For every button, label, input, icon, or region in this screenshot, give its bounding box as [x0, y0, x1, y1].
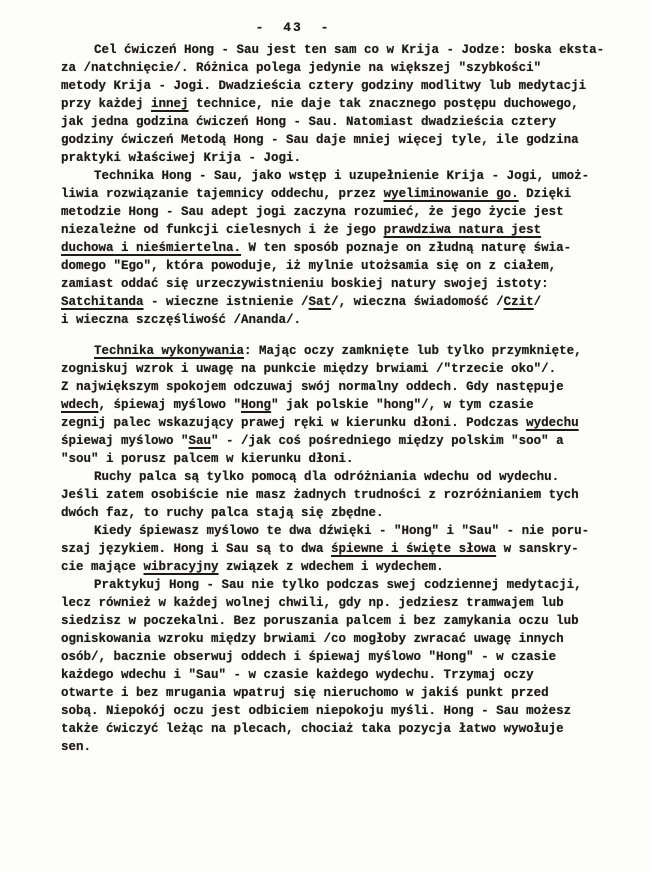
text-line: godziny ćwiczeń Metodą Hong - Sau daje m… [61, 131, 595, 149]
text-line: Satchitanda - wieczne istnienie /Sat/, w… [61, 293, 595, 311]
text-line: niezależne od funkcji cielesnych i że je… [61, 221, 595, 239]
text-segment: szaj językiem. Hong i Sau są to dwa [61, 542, 331, 556]
text-segment: za /natchnięcie/. Różnica polega jedynie… [61, 61, 541, 75]
text-segment: śpiewaj myślowo " [61, 434, 189, 448]
text-line: lecz również w każdej wolnej chwili, gdy… [61, 594, 595, 612]
text-segment: metodzie Hong - Sau adept jogi zaczyna r… [61, 205, 564, 219]
underlined-text: Technika wykonywania [94, 344, 244, 358]
text-segment: "sou" i porusz palcem w kierunku dłoni. [61, 452, 354, 466]
text-segment: ogniskowania wzroku między brwiami /co m… [61, 632, 564, 646]
text-segment: w sanskry- [496, 542, 579, 556]
text-line: śpiewaj myślowo "Sau" - /jak coś pośredn… [61, 432, 595, 450]
text-line: i wieczna szczęśliwość /Ananda/. [61, 311, 595, 329]
text-segment: godziny ćwiczeń Metodą Hong - Sau daje m… [61, 133, 579, 147]
text-line: Technika Hong - Sau, jako wstęp i uzupeł… [61, 167, 595, 185]
text-line: zogniskuj wzrok i uwagę na punkcie międz… [61, 360, 595, 378]
underlined-text: innej [151, 97, 189, 111]
text-line: Kiedy śpiewasz myślowo te dwa dźwięki - … [61, 522, 595, 540]
text-segment: przy każdej [61, 97, 151, 111]
text-line: cie mające wibracyjny związek z wdechem … [61, 558, 595, 576]
text-line: Z największym spokojem odczuwaj swój nor… [61, 378, 595, 396]
text-segment: Technika Hong - Sau, jako wstęp i uzupeł… [94, 169, 589, 183]
text-segment: każdego wdechu i "Sau" - w czasie każdeg… [61, 668, 534, 682]
text-segment: technice, nie daje tak znacznego postępu… [189, 97, 579, 111]
text-segment: Cel ćwiczeń Hong - Sau jest ten sam co w… [94, 43, 604, 57]
text-segment: zegnij palec wskazujący prawej ręki w ki… [61, 416, 526, 430]
text-line: każdego wdechu i "Sau" - w czasie każdeg… [61, 666, 595, 684]
text-segment: W ten sposób poznaje on złudną naturę św… [241, 241, 571, 255]
underlined-text: śpiewne i święte słowa [331, 542, 496, 556]
text-segment: / [534, 295, 542, 309]
text-line: za /natchnięcie/. Różnica polega jedynie… [61, 59, 595, 77]
text-segment: " - /jak coś pośredniego między polskim … [211, 434, 564, 448]
paragraph: Technika wykonywania: Mając oczy zamknię… [61, 342, 595, 468]
text-segment: : Mając oczy zamknięte lub tylko przymkn… [244, 344, 582, 358]
text-line: ogniskowania wzroku między brwiami /co m… [61, 630, 595, 648]
text-line: dwóch faz, to ruchy palca stają się zbęd… [61, 504, 595, 522]
paragraph: Ruchy palca są tylko pomocą dla odróżnia… [61, 468, 595, 522]
text-line: Ruchy palca są tylko pomocą dla odróżnia… [61, 468, 595, 486]
text-line: metodzie Hong - Sau adept jogi zaczyna r… [61, 203, 595, 221]
document-page: - 43 - Cel ćwiczeń Hong - Sau jest ten s… [0, 0, 650, 871]
underlined-text: wibracyjny [144, 560, 219, 574]
paragraph: Kiedy śpiewasz myślowo te dwa dźwięki - … [61, 522, 595, 576]
text-line: Jeśli zatem osobiście nie masz żadnych t… [61, 486, 595, 504]
underlined-text: wdech [61, 398, 99, 412]
text-segment: zamiast oddać się urzeczywistnieniu bosk… [61, 277, 549, 291]
text-segment: Ruchy palca są tylko pomocą dla odróżnia… [94, 470, 559, 484]
text-segment: dwóch faz, to ruchy palca stają się zbęd… [61, 506, 384, 520]
text-segment: i wieczna szczęśliwość /Ananda/. [61, 313, 301, 327]
text-line: Technika wykonywania: Mając oczy zamknię… [61, 342, 595, 360]
text-line: zamiast oddać się urzeczywistnieniu bosk… [61, 275, 595, 293]
text-line: osób/, bacznie obserwuj oddech i śpiewaj… [61, 648, 595, 666]
text-line: duchowa i nieśmiertelna. W ten sposób po… [61, 239, 595, 257]
text-segment: liwia rozwiązanie tajemnicy oddechu, prz… [61, 187, 384, 201]
text-segment: Kiedy śpiewasz myślowo te dwa dźwięki - … [94, 524, 589, 538]
text-segment: Z największym spokojem odczuwaj swój nor… [61, 380, 564, 394]
underlined-text: wyeliminowanie go. [384, 187, 519, 201]
text-segment: związek z wdechem i wydechem. [219, 560, 444, 574]
text-line: liwia rozwiązanie tajemnicy oddechu, prz… [61, 185, 595, 203]
text-line: Praktykuj Hong - Sau nie tylko podczas s… [61, 576, 595, 594]
underlined-text: Czit [504, 295, 534, 309]
paragraph: Cel ćwiczeń Hong - Sau jest ten sam co w… [61, 41, 595, 167]
text-segment: osób/, bacznie obserwuj oddech i śpiewaj… [61, 650, 556, 664]
text-segment: Dzięki [519, 187, 572, 201]
text-segment: sobą. Niepokój oczu jest odbiciem niepok… [61, 704, 571, 718]
text-segment: Praktykuj Hong - Sau nie tylko podczas s… [94, 578, 582, 592]
text-segment: także ćwiczyć leżąc na plecach, chociaż … [61, 722, 564, 736]
text-segment: praktyki właściwej Krija - Jogi. [61, 151, 301, 165]
page-number: - 43 - [0, 20, 586, 35]
text-line: otwarte i bez mrugania wpatruj się nieru… [61, 684, 595, 702]
text-line: Cel ćwiczeń Hong - Sau jest ten sam co w… [61, 41, 595, 59]
underlined-text: Satchitanda [61, 295, 144, 309]
text-line: jak jedna godzina ćwiczeń Hong - Sau. Na… [61, 113, 595, 131]
text-line: "sou" i porusz palcem w kierunku dłoni. [61, 450, 595, 468]
text-line: przy każdej innej technice, nie daje tak… [61, 95, 595, 113]
text-segment: - wieczne istnienie / [144, 295, 309, 309]
text-line: wdech, śpiewaj myślowo "Hong" jak polski… [61, 396, 595, 414]
text-segment: zogniskuj wzrok i uwagę na punkcie międz… [61, 362, 556, 376]
text-line: zegnij palec wskazujący prawej ręki w ki… [61, 414, 595, 432]
text-line: domego "Ego", która powoduje, iż mylnie … [61, 257, 595, 275]
document-body: Cel ćwiczeń Hong - Sau jest ten sam co w… [61, 41, 595, 756]
underlined-text: duchowa i nieśmiertelna. [61, 241, 241, 255]
text-segment: otwarte i bez mrugania wpatruj się nieru… [61, 686, 549, 700]
text-line: szaj językiem. Hong i Sau są to dwa śpie… [61, 540, 595, 558]
underlined-text: prawdziwa natura jest [384, 223, 542, 237]
underlined-text: Hong [241, 398, 271, 412]
text-line: siedzisz w poczekalni. Bez poruszania pa… [61, 612, 595, 630]
text-segment: , śpiewaj myślowo " [99, 398, 242, 412]
text-segment: jak jedna godzina ćwiczeń Hong - Sau. Na… [61, 115, 556, 129]
paragraph: Technika Hong - Sau, jako wstęp i uzupeł… [61, 167, 595, 329]
text-line: sobą. Niepokój oczu jest odbiciem niepok… [61, 702, 595, 720]
text-segment: metody Krija - Jogi. Dwadzieścia cztery … [61, 79, 586, 93]
text-line: sen. [61, 738, 595, 756]
text-segment: domego "Ego", która powoduje, iż mylnie … [61, 259, 556, 273]
text-segment: lecz również w każdej wolnej chwili, gdy… [61, 596, 564, 610]
text-line: praktyki właściwej Krija - Jogi. [61, 149, 595, 167]
text-segment: " jak polskie "hong"/, w tym czasie [271, 398, 534, 412]
paragraph: Praktykuj Hong - Sau nie tylko podczas s… [61, 576, 595, 756]
text-segment: siedzisz w poczekalni. Bez poruszania pa… [61, 614, 579, 628]
text-segment: /, wieczna świadomość / [331, 295, 504, 309]
text-segment: sen. [61, 740, 91, 754]
text-line: także ćwiczyć leżąc na plecach, chociaż … [61, 720, 595, 738]
text-segment: cie mające [61, 560, 144, 574]
underlined-text: wydechu [526, 416, 579, 430]
underlined-text: Sau [189, 434, 212, 448]
text-line: metody Krija - Jogi. Dwadzieścia cztery … [61, 77, 595, 95]
underlined-text: Sat [309, 295, 332, 309]
text-segment: Jeśli zatem osobiście nie masz żadnych t… [61, 488, 579, 502]
text-segment: niezależne od funkcji cielesnych i że je… [61, 223, 384, 237]
